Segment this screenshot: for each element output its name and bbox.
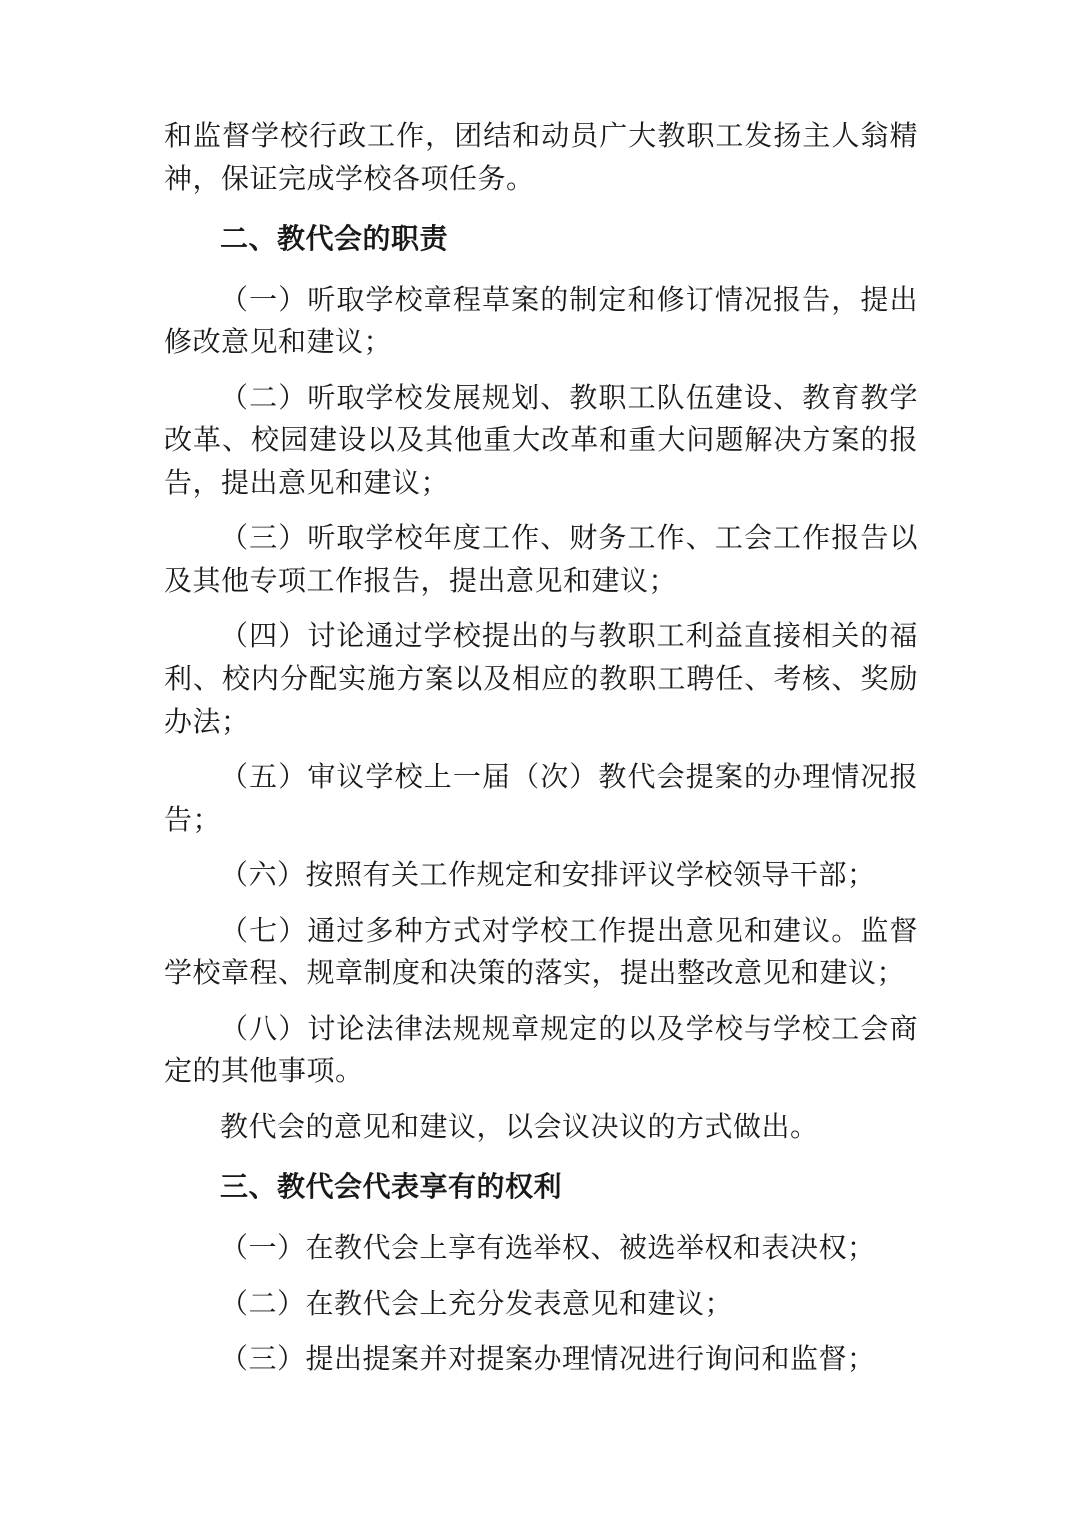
paragraph: （一）在教代会上享有选举权、被选举权和表决权；	[164, 1228, 918, 1271]
paragraph: （三）提出提案并对提案办理情况进行询问和监督；	[164, 1339, 918, 1382]
paragraph: （五）审议学校上一届（次）教代会提案的办理情况报告；	[164, 757, 918, 842]
paragraph: （二）在教代会上充分发表意见和建议；	[164, 1284, 918, 1327]
section-heading: 三、教代会代表享有的权利	[164, 1167, 918, 1210]
document-page: 和监督学校行政工作，团结和动员广大教职工发扬主人翁精神，保证完成学校各项任务。二…	[0, 0, 1074, 1520]
paragraph: （四）讨论通过学校提出的与教职工利益直接相关的福利、校内分配实施方案以及相应的教…	[164, 616, 918, 744]
paragraph: （二）听取学校发展规划、教职工队伍建设、教育教学改革、校园建设以及其他重大改革和…	[164, 378, 918, 506]
paragraph: （一）听取学校章程草案的制定和修订情况报告，提出修改意见和建议；	[164, 280, 918, 365]
paragraph: 和监督学校行政工作，团结和动员广大教职工发扬主人翁精神，保证完成学校各项任务。	[164, 116, 918, 201]
paragraph: （三）听取学校年度工作、财务工作、工会工作报告以及其他专项工作报告，提出意见和建…	[164, 518, 918, 603]
paragraph: 教代会的意见和建议，以会议决议的方式做出。	[164, 1107, 918, 1150]
section-heading: 二、教代会的职责	[164, 219, 918, 262]
paragraph: （八）讨论法律法规规章规定的以及学校与学校工会商定的其他事项。	[164, 1009, 918, 1094]
paragraph: （七）通过多种方式对学校工作提出意见和建议。监督学校章程、规章制度和决策的落实，…	[164, 911, 918, 996]
paragraph: （六）按照有关工作规定和安排评议学校领导干部；	[164, 855, 918, 898]
document-body: 和监督学校行政工作，团结和动员广大教职工发扬主人翁精神，保证完成学校各项任务。二…	[0, 0, 1074, 1382]
